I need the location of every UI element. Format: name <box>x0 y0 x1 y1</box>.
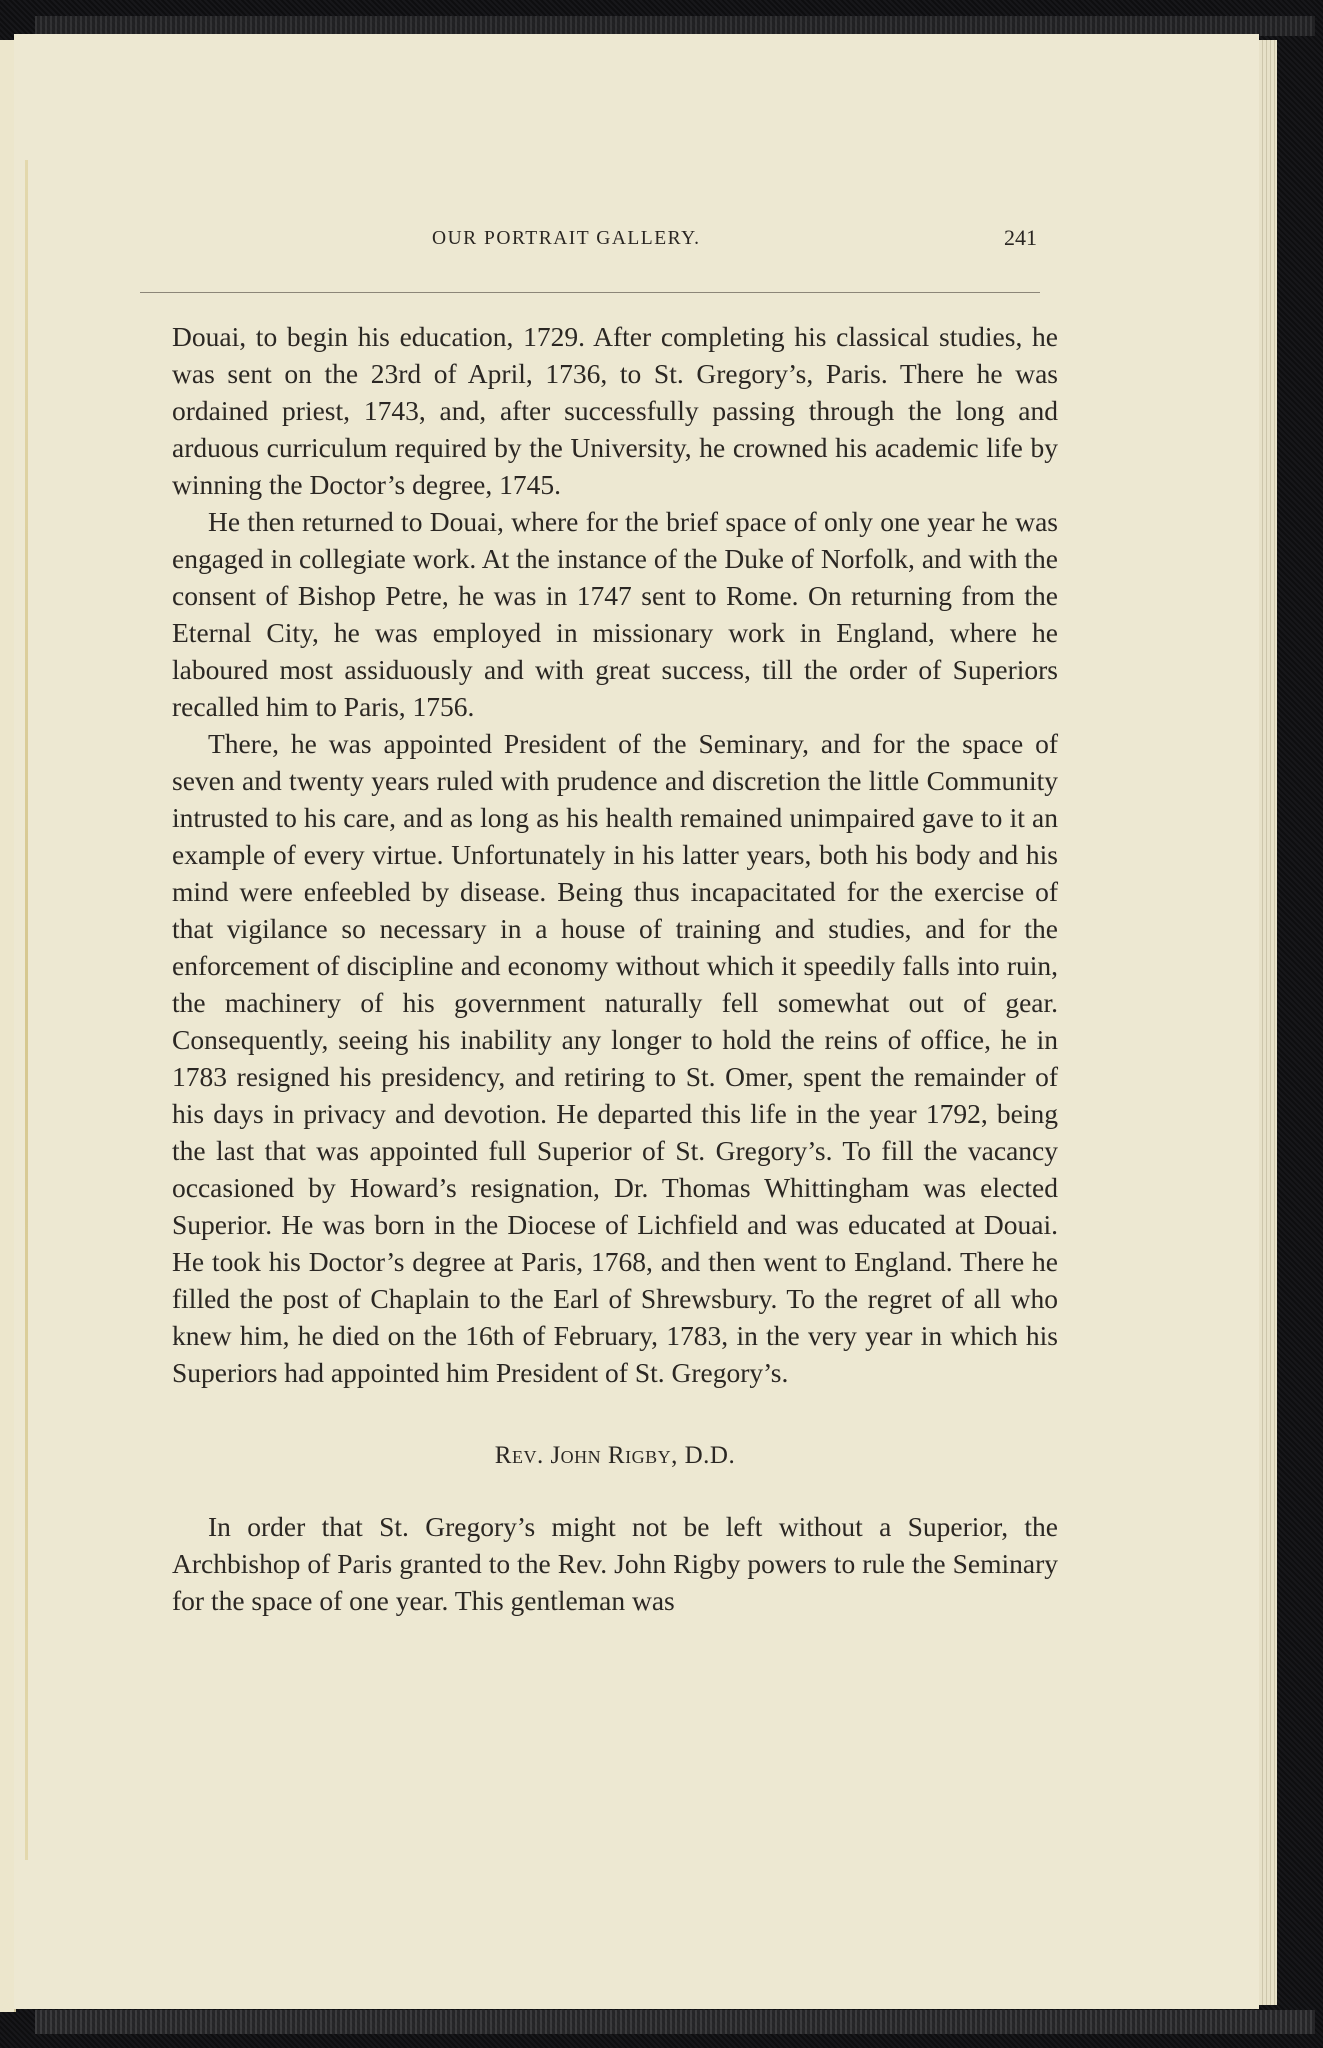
cover-top-edge <box>35 16 1315 36</box>
paragraph: He then returned to Douai, where for the… <box>172 503 1058 725</box>
section-heading: Rev. John Rigby, D.D. <box>172 1437 1058 1474</box>
running-head: OUR PORTRAIT GALLERY. 241 <box>150 228 1045 258</box>
paragraph: In order that St. Gregory’s might not be… <box>172 1508 1058 1619</box>
paragraph: There, he was appointed President of the… <box>172 725 1058 1391</box>
body-text: Douai, to begin his education, 1729. Aft… <box>172 318 1058 1619</box>
gutter-crease <box>25 160 28 1860</box>
cover-bottom-edge <box>35 2010 1315 2034</box>
paragraph: Douai, to begin his education, 1729. Aft… <box>172 318 1058 503</box>
header-rule <box>140 292 1040 293</box>
running-title: OUR PORTRAIT GALLERY. <box>432 228 701 250</box>
page-number: 241 <box>1004 225 1037 251</box>
